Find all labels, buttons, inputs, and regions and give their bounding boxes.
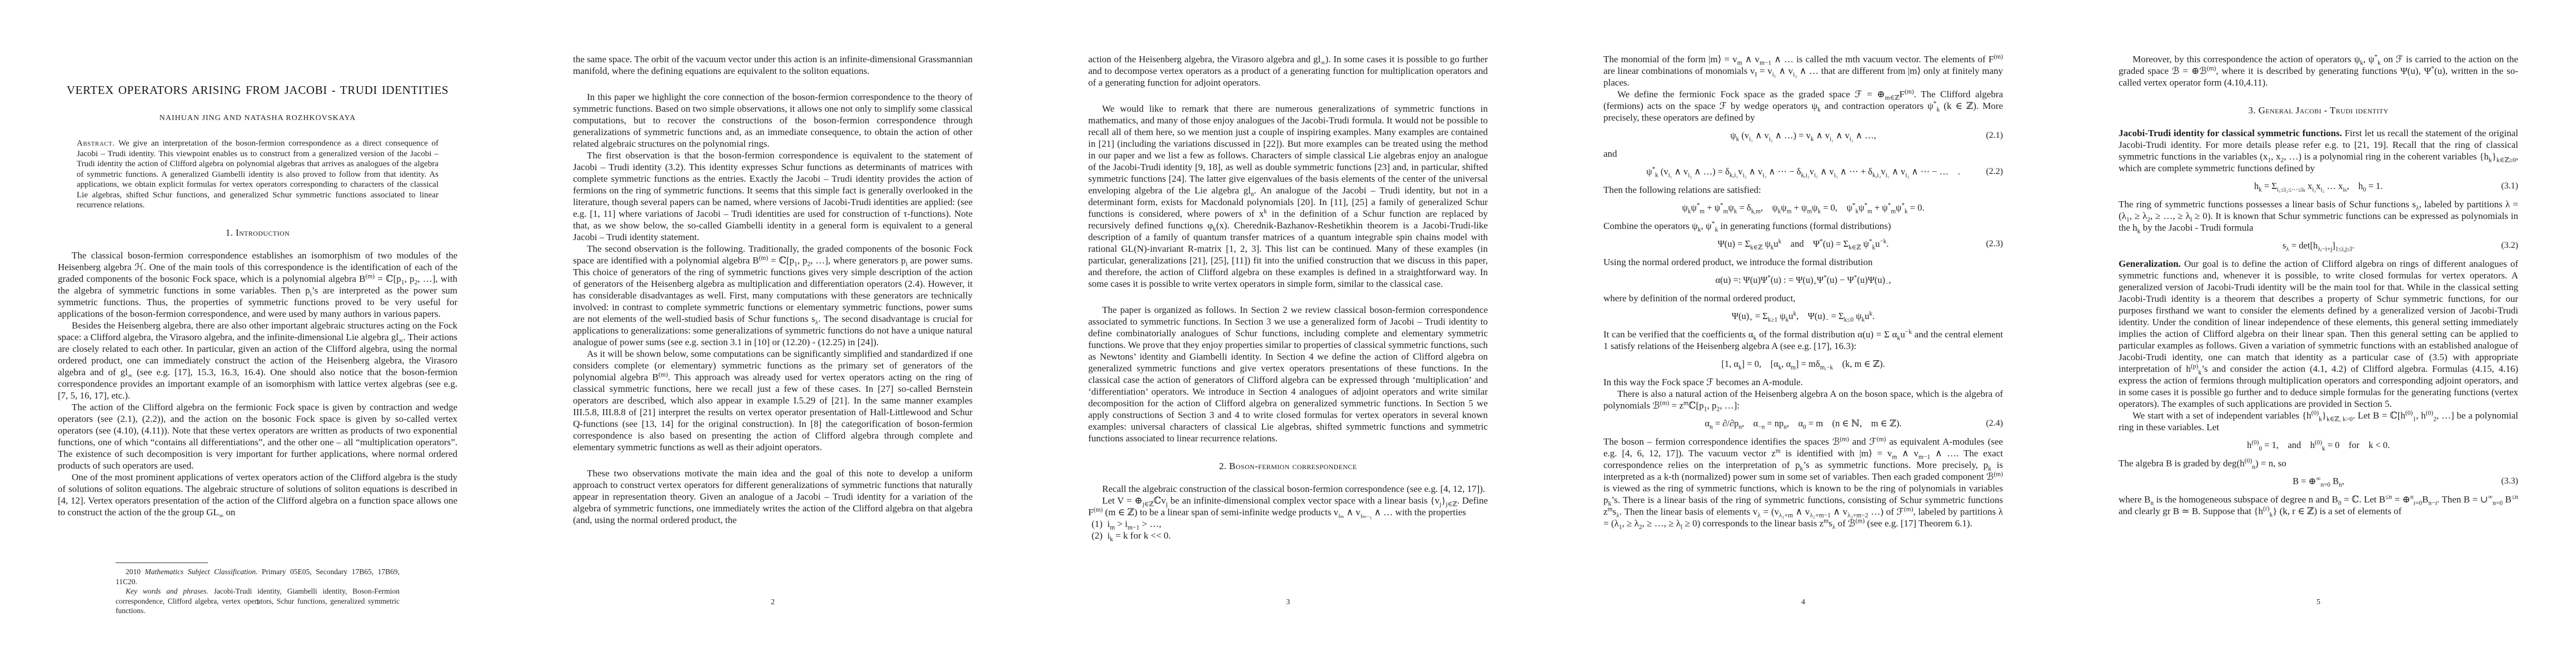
property-list: (1) im > im−1 > …,(2) ik = k for k << 0. (1088, 518, 1488, 541)
equation-number: (2.2) (1986, 166, 2003, 178)
paragraph: We define the fermionic Fock space as th… (1603, 88, 2003, 123)
display-equation: α(u) =: Ψ(u)Ψ*(u) : = Ψ(u)+Ψ*(u) − Ψ*(u)… (1603, 274, 2003, 286)
display-equation: h(0)0 = 1, and h(0)k = 0 for k < 0. (2119, 439, 2518, 451)
page-5: Moreover, by this correspondence the act… (2061, 0, 2576, 667)
paragraph: These two observations motivate the main… (573, 467, 973, 526)
equation-number: (3.3) (2501, 475, 2518, 487)
abstract-label: Abstract. (77, 139, 115, 148)
paragraph: In this paper we highlight the core conn… (573, 91, 973, 150)
paragraph: the same space. The orbit of the vacuum … (573, 53, 973, 77)
display-equation: ψ*k (vi₁ ∧ vi₂ ∧ …) = δk,i₁vi₂ ∧ vi₃ ∧ ⋯… (1603, 166, 2003, 178)
page-body: the same space. The orbit of the vacuum … (573, 53, 973, 526)
display-equation: Ψ(u)+ = Σk≥1 ψkuk, Ψ(u)− = Σk≤0 ψkuk. (1603, 310, 2003, 322)
equation-number: (2.3) (1986, 238, 2003, 250)
paragraph: One of the most prominent applications o… (58, 471, 457, 518)
page-number: 2 (515, 598, 1030, 607)
paragraph: Jacobi-Trudi identity for classical symm… (2119, 127, 2518, 174)
paragraph: where by definition of the normal ordere… (1603, 292, 2003, 304)
paragraph: The algebra B is graded by deg(h(0)n) = … (2119, 457, 2518, 469)
page-body: The monomial of the form |m⟩ = vm ∧ vm−1… (1603, 53, 2003, 529)
paragraph: The monomial of the form |m⟩ = vm ∧ vm−1… (1603, 53, 2003, 88)
paragraph: The second observation is the following.… (573, 243, 973, 348)
page-2: the same space. The orbit of the vacuum … (515, 0, 1030, 667)
equation-body: B = ⊕∞n=0 Bn, (2293, 475, 2344, 487)
equation-body: αn = ∂/∂pn, α−n = npn, α0 = m (n ∈ ℕ, m … (1705, 417, 1901, 430)
paragraph: Besides the Heisenberg algebra, there ar… (58, 320, 457, 401)
abstract: Abstract. We give an interpretation of t… (77, 138, 439, 211)
paragraph: We start with a set of independent varia… (2119, 410, 2518, 433)
paragraph: As it will be shown below, some computat… (573, 348, 973, 453)
paragraph: The ring of symmetric functions possesse… (2119, 198, 2518, 233)
paragraph: and (1603, 148, 2003, 160)
paragraph-lead: Jacobi-Trudi identity for classical symm… (2119, 128, 2342, 138)
section-heading: 3. General Jacobi - Trudi identity (2119, 105, 2518, 116)
paragraph: Recall the algebraic construction of the… (1088, 483, 1488, 495)
footnote-lead: Key words and phrases. (126, 587, 208, 595)
paragraph: The boson – fermion correspondence ident… (1603, 436, 2003, 529)
display-equation: hk = Σi₁≤i₂≤⋯≤iₖ xi₁xi₂ … xiₖ, h0 = 1.(3… (2119, 180, 2518, 192)
equation-body: sλ = det[hλᵢ−i+j]1≤i,j≤l. (2283, 240, 2354, 252)
page-1: VERTEX OPERATORS ARISING FROM JACOBI - T… (0, 0, 515, 667)
display-equation: Ψ(u) = Σk∈ℤ ψkuk and Ψ*(u) = Σk∈ℤ ψ*ku−k… (1603, 238, 2003, 250)
equation-body: hk = Σi₁≤i₂≤⋯≤iₖ xi₁xi₂ … xiₖ, h0 = 1. (2254, 180, 2383, 192)
equation-number: (3.1) (2501, 180, 2518, 192)
page-3: action of the Heisenberg algebra, the Vi… (1030, 0, 1546, 667)
paragraph: Let V = ⊕j∈ℤℂvj be an infinite-dimension… (1088, 495, 1488, 518)
paragraph: The classical boson-fermion corresponden… (58, 250, 457, 320)
section-heading: 1. Introduction (58, 227, 457, 238)
equation-body: h(0)0 = 1, and h(0)k = 0 for k < 0. (2247, 439, 2390, 451)
page-number: 4 (1546, 598, 2061, 607)
display-equation: ψk (vi₁ ∧ vi₂ ∧ …) = vk ∧ vi₁ ∧ vi₂ ∧ …,… (1603, 130, 2003, 142)
abstract-text: We give an interpretation of the boson-f… (77, 139, 439, 210)
display-equation: αn = ∂/∂pn, α−n = npn, α0 = m (n ∈ ℕ, m … (1603, 417, 2003, 430)
page-body: Moreover, by this correspondence the act… (2119, 53, 2518, 517)
equation-body: α(u) =: Ψ(u)Ψ*(u) : = Ψ(u)+Ψ*(u) − Ψ*(u)… (1716, 274, 1891, 286)
page-number: 1 (0, 598, 515, 607)
paragraph: action of the Heisenberg algebra, the Vi… (1088, 53, 1488, 88)
equation-number: (3.2) (2501, 240, 2518, 252)
paragraph: Combine the operators ψk, ψ*k in generat… (1603, 220, 2003, 232)
list-item: (2) ik = k for k << 0. (1088, 530, 1488, 541)
footnote: 2010 Mathematics Subject Classification.… (116, 567, 400, 586)
paragraph: Generalization. Our goal is to define th… (2119, 258, 2518, 410)
equation-number: (2.4) (1986, 417, 2003, 430)
page-body: VERTEX OPERATORS ARISING FROM JACOBI - T… (58, 0, 457, 518)
display-equation: sλ = det[hλᵢ−i+j]1≤i,j≤l.(3.2) (2119, 240, 2518, 252)
equation-body: Ψ(u)+ = Σk≥1 ψkuk, Ψ(u)− = Σk≤0 ψkuk. (1732, 310, 1875, 322)
paragraph: We would like to remark that there are n… (1088, 103, 1488, 290)
paragraph: Then the following relations are satisfi… (1603, 184, 2003, 196)
paragraph: The first observation is that the boson-… (573, 150, 973, 243)
paragraph: Moreover, by this correspondence the act… (2119, 53, 2518, 88)
paragraph-lead: Generalization. (2119, 258, 2181, 269)
paper-canvas: arXiv:1411.4725v2 [math.CO] 18 Jun 2015 … (0, 0, 2576, 667)
list-item: (1) im > im−1 > …, (1088, 518, 1488, 530)
display-equation: B = ⊕∞n=0 Bn,(3.3) (2119, 475, 2518, 487)
paragraph: where Bn is the homogeneous subspace of … (2119, 494, 2518, 517)
equation-body: Ψ(u) = Σk∈ℤ ψkuk and Ψ*(u) = Σk∈ℤ ψ*ku−k… (1718, 238, 1889, 250)
page-number: 5 (2061, 598, 2576, 607)
footnote-block: 2010 Mathematics Subject Classification.… (116, 563, 400, 616)
page-body: action of the Heisenberg algebra, the Vi… (1088, 53, 1488, 541)
display-equation: [1, αk] = 0, [αk, αm] = mδm,−k (k, m ∈ ℤ… (1603, 358, 2003, 370)
authors-line: NAIHUAN JING AND NATASHA ROZHKOVSKAYA (58, 114, 457, 123)
page-4: The monomial of the form |m⟩ = vm ∧ vm−1… (1546, 0, 2061, 667)
paragraph: The action of the Clifford algebra on th… (58, 401, 457, 471)
equation-body: ψkψ*m + ψ*mψk = δk,m, ψkψm + ψmψk = 0, ψ… (1682, 202, 1925, 214)
display-equation: ψkψ*m + ψ*mψk = δk,m, ψkψm + ψmψk = 0, ψ… (1603, 202, 2003, 214)
paragraph: In this way the Fock space ℱ becomes an … (1603, 376, 2003, 388)
footnote-lead: Mathematics Subject Classification. (145, 568, 258, 576)
equation-body: ψ*k (vi₁ ∧ vi₂ ∧ …) = δk,i₁vi₂ ∧ vi₃ ∧ ⋯… (1646, 166, 1960, 178)
page-number: 3 (1030, 598, 1546, 607)
paragraph: There is also a natural action of the He… (1603, 388, 2003, 411)
footnote-rule (116, 563, 208, 563)
equation-body: ψk (vi₁ ∧ vi₂ ∧ …) = vk ∧ vi₁ ∧ vi₂ ∧ …, (1730, 130, 1876, 142)
equation-body: [1, αk] = 0, [αk, αm] = mδm,−k (k, m ∈ ℤ… (1721, 358, 1885, 370)
equation-number: (2.1) (1986, 130, 2003, 142)
paragraph: The paper is organized as follows. In Se… (1088, 304, 1488, 444)
paragraph: Using the normal ordered product, we int… (1603, 256, 2003, 268)
paper-title: VERTEX OPERATORS ARISING FROM JACOBI - T… (58, 83, 457, 97)
paragraph: It can be verified that the coefficients… (1603, 328, 2003, 352)
section-heading: 2. Boson-fermion correspondence (1088, 461, 1488, 472)
